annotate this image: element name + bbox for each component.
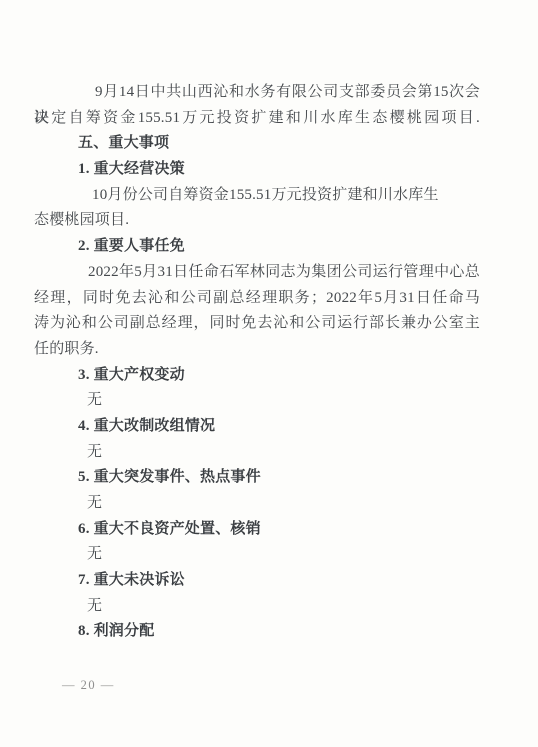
paragraph-line: 经理，同时免去沁和公司副总经理职务；2022年5月31日任命马 [34, 286, 480, 312]
subsection-heading: 3. 重大产权变动 [34, 363, 480, 389]
paragraph-line: 决定自筹资金155.51万元投资扩建和川水库生态樱桃园项目. [34, 106, 480, 132]
subsection-heading: 6. 重大不良资产处置、核销 [34, 517, 480, 543]
none-value-line: 无 [34, 491, 480, 517]
none-value-line: 无 [34, 594, 480, 620]
page-number: — 20 — [62, 678, 115, 693]
paragraph-line: 10月份公司自筹资金155.51万元投资扩建和川水库生 [34, 183, 480, 209]
subsection-heading: 7. 重大未决诉讼 [34, 568, 480, 594]
subsection-heading: 1. 重大经营决策 [34, 157, 480, 183]
none-value-line: 无 [34, 388, 480, 414]
none-value-line: 无 [34, 440, 480, 466]
paragraph-line: 态樱桃园项目. [34, 208, 480, 234]
section-title: 五、重大事项 [34, 131, 480, 157]
none-value-line: 无 [34, 542, 480, 568]
subsection-heading: 4. 重大改制改组情况 [34, 414, 480, 440]
document-body: 9月14日中共山西沁和水务有限公司支部委员会第15次会议 决定自筹资金155.5… [34, 80, 480, 645]
subsection-heading: 2. 重要人事任免 [34, 234, 480, 260]
paragraph-line: 涛为沁和公司副总经理，同时免去沁和公司运行部长兼办公室主 [34, 311, 480, 337]
paragraph-line: 任的职务. [34, 337, 480, 363]
paragraph-line: 2022年5月31日任命石军林同志为集团公司运行管理中心总 [34, 260, 480, 286]
subsection-heading: 5. 重大突发事件、热点事件 [34, 465, 480, 491]
paragraph-line: 9月14日中共山西沁和水务有限公司支部委员会第15次会议 [34, 80, 480, 106]
scanned-document-page: 9月14日中共山西沁和水务有限公司支部委员会第15次会议 决定自筹资金155.5… [0, 0, 538, 747]
subsection-heading: 8. 利润分配 [34, 619, 480, 645]
